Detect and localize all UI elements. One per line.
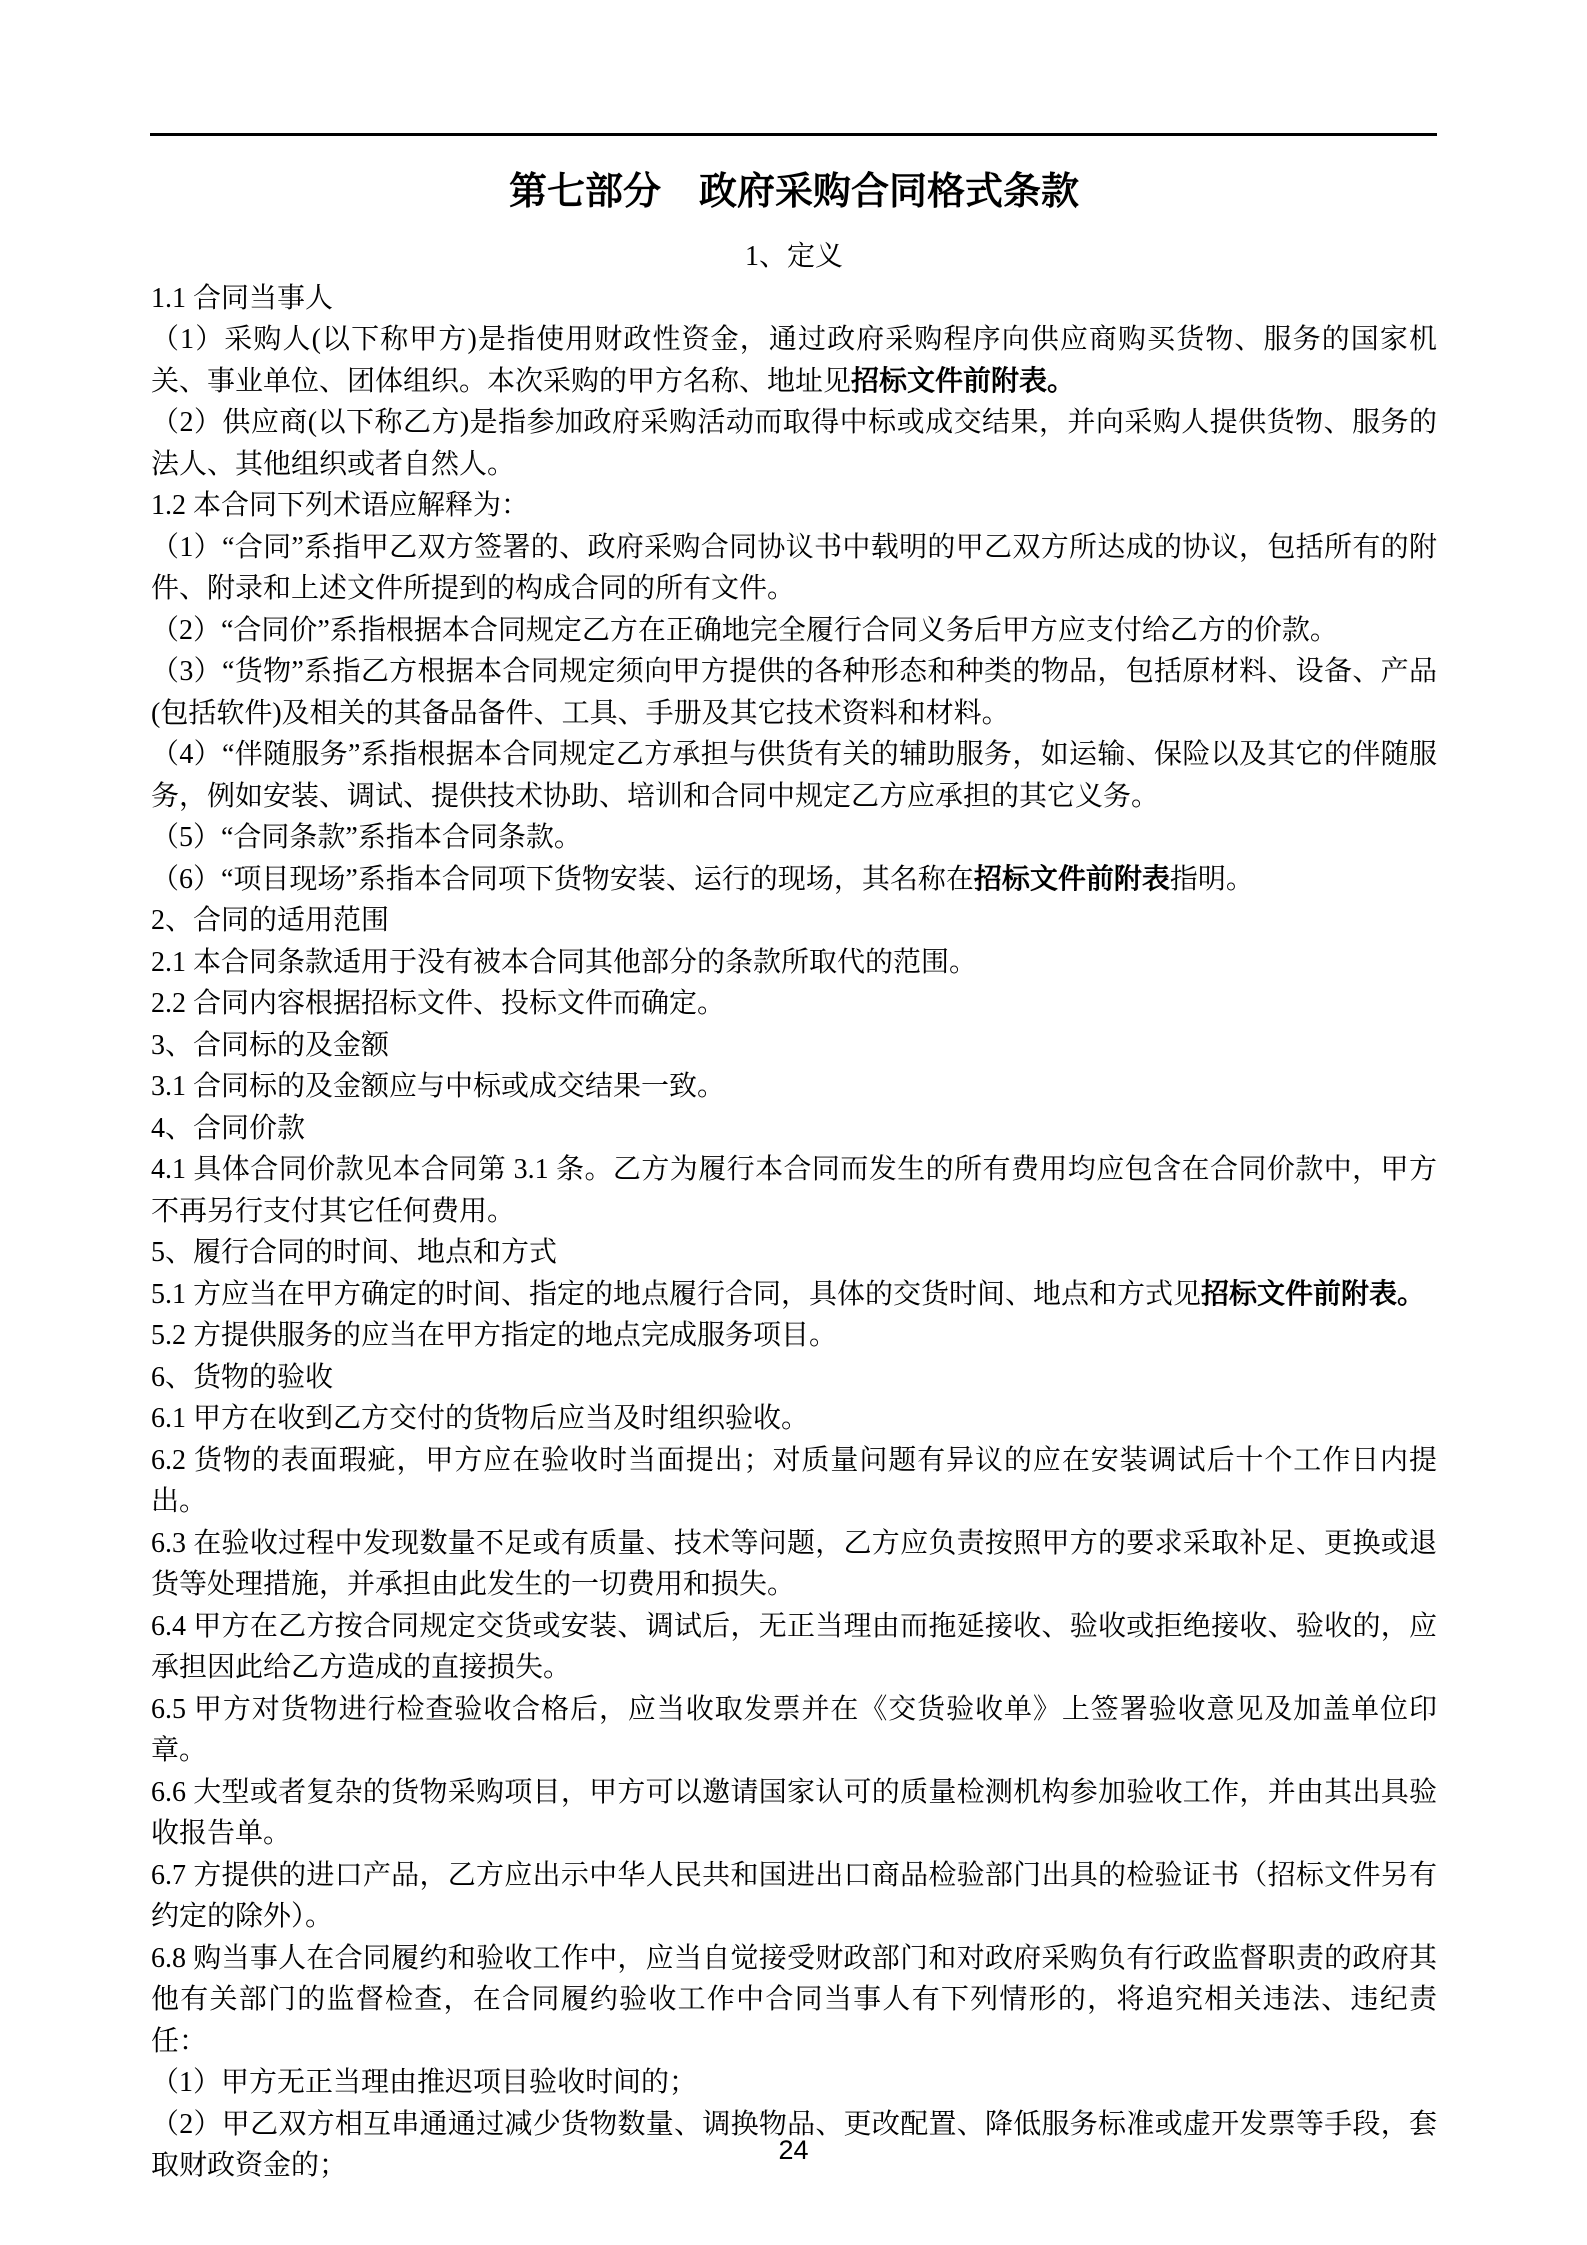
paragraph: （3）“货物”系指乙方根据本合同规定须向甲方提供的各种形态和种类的物品，包括原材… [151,651,1437,734]
paragraph: 6.6 大型或者复杂的货物采购项目，甲方可以邀请国家认可的质量检测机构参加验收工… [151,1772,1437,1855]
paragraph: 5.2 方提供服务的应当在甲方指定的地点完成服务项目。 [151,1315,1437,1357]
paragraph: （2）供应商(以下称乙方)是指参加政府采购活动而取得中标或成交结果，并向采购人提… [151,402,1437,485]
section-subtitle: 1、定义 [151,236,1437,278]
page-content: 第七部分 政府采购合同格式条款 1、定义 1.1 合同当事人（1）采购人(以下称… [151,166,1437,2187]
paragraph: 5.1 方应当在甲方确定的时间、指定的地点履行合同，具体的交货时间、地点和方式见… [151,1274,1437,1316]
paragraph: （1）甲方无正当理由推迟项目验收时间的； [151,2062,1437,2104]
header-divider [150,133,1437,136]
paragraph: 6.3 在验收过程中发现数量不足或有质量、技术等问题，乙方应负责按照甲方的要求采… [151,1523,1437,1606]
paragraph: 6.2 货物的表面瑕疵，甲方应在验收时当面提出；对质量问题有异议的应在安装调试后… [151,1440,1437,1523]
paragraph: 6、货物的验收 [151,1357,1437,1399]
paragraph: （5）“合同条款”系指本合同条款。 [151,817,1437,859]
paragraph: （4）“伴随服务”系指根据本合同规定乙方承担与供货有关的辅助服务，如运输、保险以… [151,734,1437,817]
paragraph: 2.1 本合同条款适用于没有被本合同其他部分的条款所取代的范围。 [151,942,1437,984]
paragraph: 4、合同价款 [151,1108,1437,1150]
paragraph: 3、合同标的及金额 [151,1025,1437,1067]
contract-body: 1.1 合同当事人（1）采购人(以下称甲方)是指使用财政性资金，通过政府采购程序… [151,278,1437,2187]
paragraph: （2）“合同价”系指根据本合同规定乙方在正确地完全履行合同义务后甲方应支付给乙方… [151,610,1437,652]
paragraph: 3.1 合同标的及金额应与中标或成交结果一致。 [151,1066,1437,1108]
paragraph: 6.8 购当事人在合同履约和验收工作中，应当自觉接受财政部门和对政府采购负有行政… [151,1938,1437,2063]
paragraph: 6.7 方提供的进口产品，乙方应出示中华人民共和国进出口商品检验部门出具的检验证… [151,1855,1437,1938]
paragraph: 2.2 合同内容根据招标文件、投标文件而确定。 [151,983,1437,1025]
paragraph: 1.1 合同当事人 [151,278,1437,320]
page-number: 24 [0,2134,1587,2166]
paragraph: 6.4 甲方在乙方按合同规定交货或安装、调试后，无正当理由而拖延接收、验收或拒绝… [151,1606,1437,1689]
paragraph: 4.1 具体合同价款见本合同第 3.1 条。乙方为履行本合同而发生的所有费用均应… [151,1149,1437,1232]
paragraph: 1.2 本合同下列术语应解释为： [151,485,1437,527]
paragraph: 6.1 甲方在收到乙方交付的货物后应当及时组织验收。 [151,1398,1437,1440]
paragraph: 5、履行合同的时间、地点和方式 [151,1232,1437,1274]
paragraph: （1）“合同”系指甲乙双方签署的、政府采购合同协议书中载明的甲乙双方所达成的协议… [151,527,1437,610]
paragraph: （1）采购人(以下称甲方)是指使用财政性资金，通过政府采购程序向供应商购买货物、… [151,319,1437,402]
paragraph: 2、合同的适用范围 [151,900,1437,942]
paragraph: 6.5 甲方对货物进行检查验收合格后，应当收取发票并在《交货验收单》上签署验收意… [151,1689,1437,1772]
paragraph: （6）“项目现场”系指本合同项下货物安装、运行的现场，其名称在招标文件前附表指明… [151,859,1437,901]
document-page: 第七部分 政府采购合同格式条款 1、定义 1.1 合同当事人（1）采购人(以下称… [0,0,1587,2245]
page-title: 第七部分 政府采购合同格式条款 [151,166,1437,218]
